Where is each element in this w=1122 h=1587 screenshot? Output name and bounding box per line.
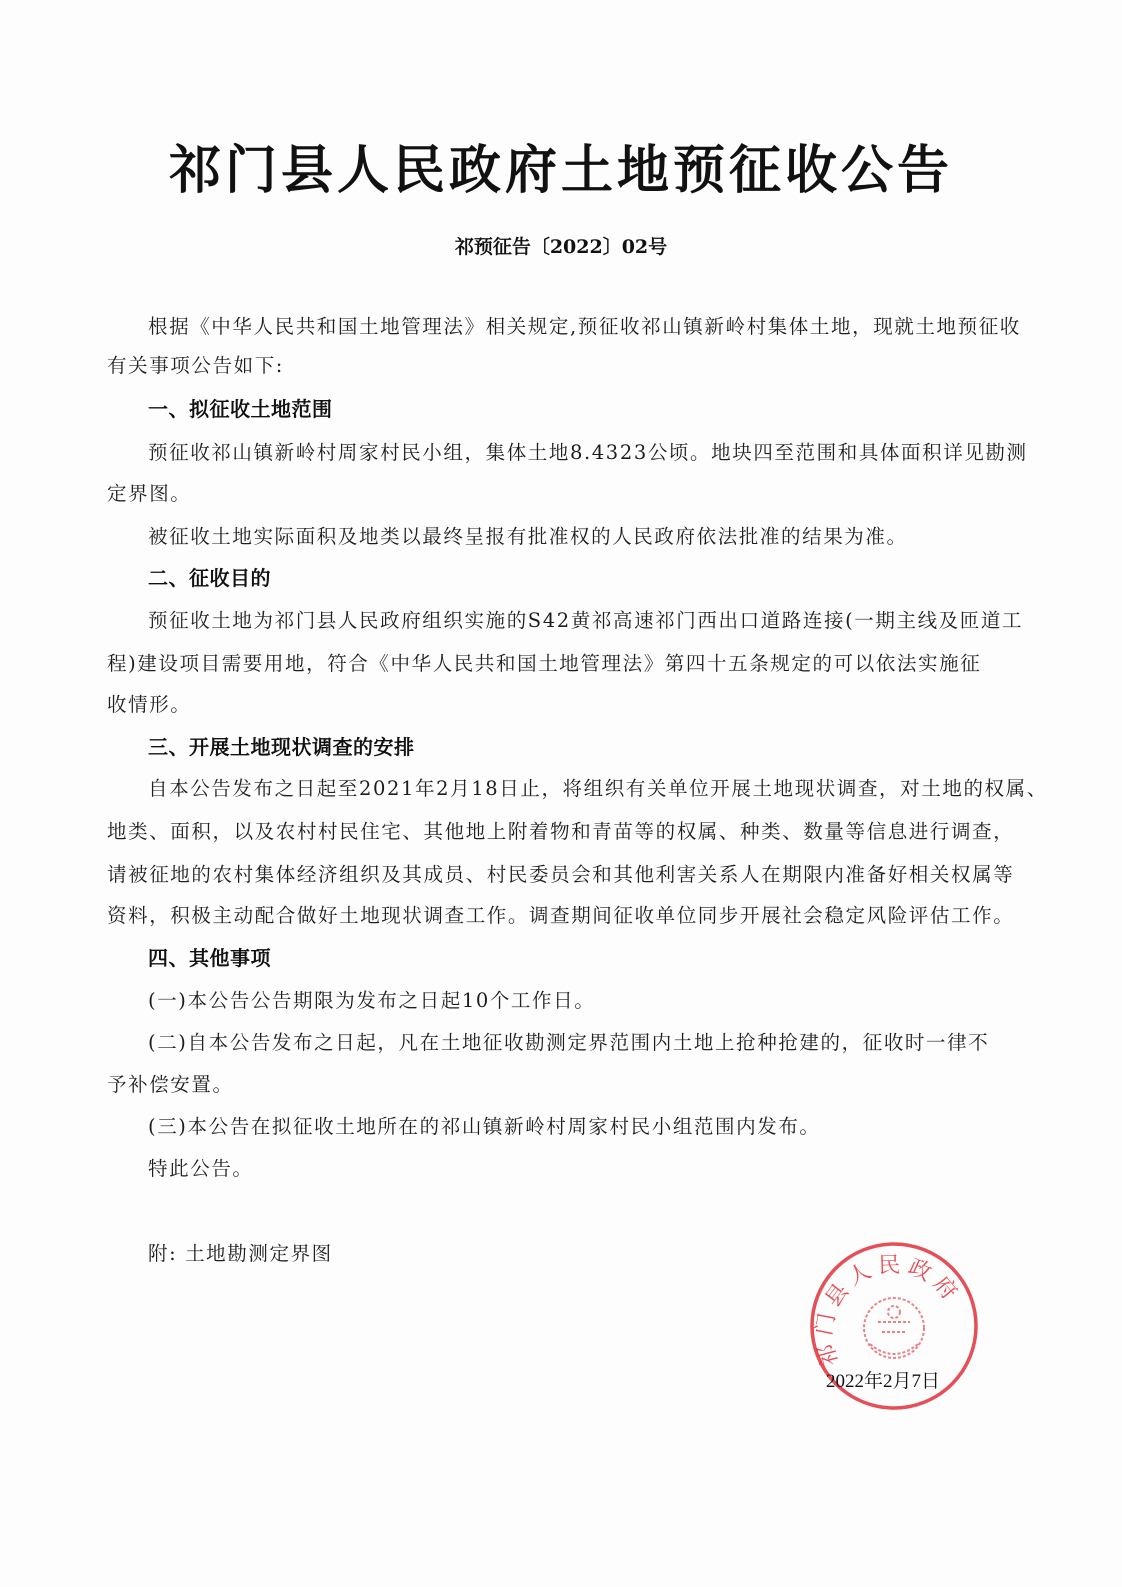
section-heading: 一、拟征收土地范围	[148, 393, 333, 422]
closing-line: 特此公告。	[148, 1153, 254, 1181]
body-line: 收情形。	[107, 689, 191, 717]
document-number: 祁预征告〔2022〕02号	[0, 232, 1122, 259]
intro-line: 有关事项公告如下:	[107, 350, 284, 378]
body-line: 被征收土地实际面积及地类以最终呈报有批准权的人民政府依法批准的结果为准。	[148, 521, 908, 549]
section-heading: 三、开展土地现状调查的安排	[148, 731, 415, 760]
attachment-note: 附: 土地勘测定界图	[148, 1238, 333, 1266]
issue-date: 2022年2月7日	[826, 1366, 940, 1393]
body-line: 予补偿安置。	[107, 1069, 234, 1097]
body-line: (一)本公告公告期限为发布之日起10个工作日。	[148, 985, 595, 1013]
body-line: (二)自本公告发布之日起，凡在土地征收勘测定界范围内土地上抢种抢建的，征收时一律…	[148, 1027, 989, 1055]
section-heading: 四、其他事项	[148, 942, 271, 971]
body-line: 请被征地的农村集体经济组织及其成员、村民委员会和其他利害关系人在期限内准备好相关…	[107, 859, 1014, 887]
body-line: 程)建设项目需要用地，符合《中华人民共和国土地管理法》第四十五条规定的可以依法实…	[107, 648, 981, 676]
body-line: 资料，积极主动配合做好土地现状调查工作。调查期间征收单位同步开展社会稳定风险评估…	[107, 900, 1014, 928]
body-line: 定界图。	[107, 478, 191, 506]
document-page: 祁门县人民政府土地预征收公告 祁预征告〔2022〕02号 根据《中华人民共和国土…	[0, 0, 1122, 1587]
intro-line: 根据《中华人民共和国土地管理法》相关规定,预征收祁山镇新岭村集体土地，现就土地预…	[148, 311, 1021, 339]
body-line: 地类、面积，以及农村村民住宅、其他地上附着物和青苗等的权属、种类、数量等信息进行…	[107, 816, 1014, 844]
body-line: (三)本公告在拟征收土地所在的祁山镇新岭村周家村民小组范围内发布。	[148, 1111, 821, 1139]
body-line: 预征收土地为祁门县人民政府组织实施的S42黄祁高速祁门西出口道路连接(一期主线及…	[148, 605, 1023, 633]
body-line: 预征收祁山镇新岭村周家村民小组，集体土地8.4323公顷。地块四至范围和具体面积…	[148, 437, 1028, 465]
body-line: 自本公告发布之日起至2021年2月18日止，将组织有关单位开展土地现状调查，对土…	[148, 773, 1048, 801]
document-title: 祁门县人民政府土地预征收公告	[0, 128, 1122, 203]
section-heading: 二、征收目的	[148, 562, 271, 591]
